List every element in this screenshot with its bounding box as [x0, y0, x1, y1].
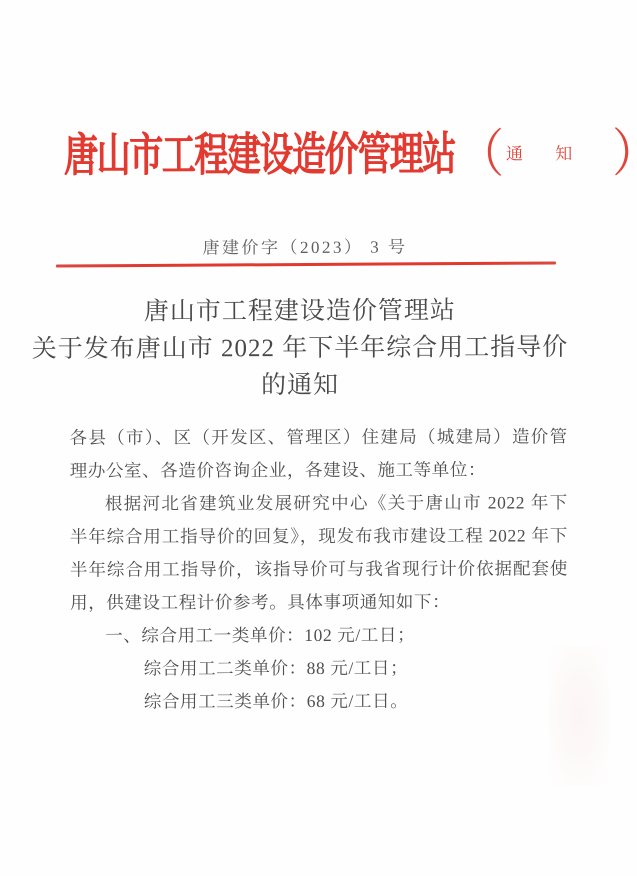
open-paren-glyph: （	[458, 125, 504, 183]
letterhead-annotation: （ 通 知 ）	[458, 128, 637, 181]
letterhead-annotation-label: 通 知	[506, 139, 586, 164]
document-body: 各县（市）、区（开发区、管理区）住建局（城建局）造价管理办公室、各造价咨询企业，…	[70, 420, 569, 718]
price-item-1: 一、综合用工一类单价：102 元/工日；	[70, 618, 568, 652]
main-paragraph: 根据河北省建筑业发展研究中心《关于唐山市 2022 年下半年综合用工指导价的回复…	[70, 486, 568, 619]
document-title-line2: 关于发布唐山市 2022 年下半年综合用工指导价	[0, 329, 600, 368]
close-paren-glyph: ）	[612, 125, 637, 183]
letterhead: 唐山市工程建设造价管理站 （ 通 知 ）	[64, 123, 637, 187]
price-item-3: 综合用工三类单价：68 元/工日。	[70, 684, 568, 718]
document-title: 唐山市工程建设造价管理站 关于发布唐山市 2022 年下半年综合用工指导价 的通…	[0, 292, 600, 405]
price-item-2: 综合用工二类单价：88 元/工日；	[70, 651, 568, 685]
letterhead-org-name: 唐山市工程建设造价管理站	[64, 127, 455, 184]
red-divider-line	[56, 261, 556, 267]
document-title-line1: 唐山市工程建设造价管理站	[0, 292, 600, 331]
scanned-document-page: 唐山市工程建设造价管理站 （ 通 知 ） 唐建价字（2023） 3 号 唐山市工…	[0, 0, 637, 876]
document-title-line3: 的通知	[0, 366, 600, 405]
letterhead-org-name-box: 唐山市工程建设造价管理站	[64, 127, 462, 184]
doc-reference-number: 唐建价字（2023） 3 号	[0, 231, 610, 259]
salutation-paragraph: 各县（市）、区（开发区、管理区）住建局（城建局）造价管理办公室、各造价咨询企业，…	[70, 420, 568, 487]
